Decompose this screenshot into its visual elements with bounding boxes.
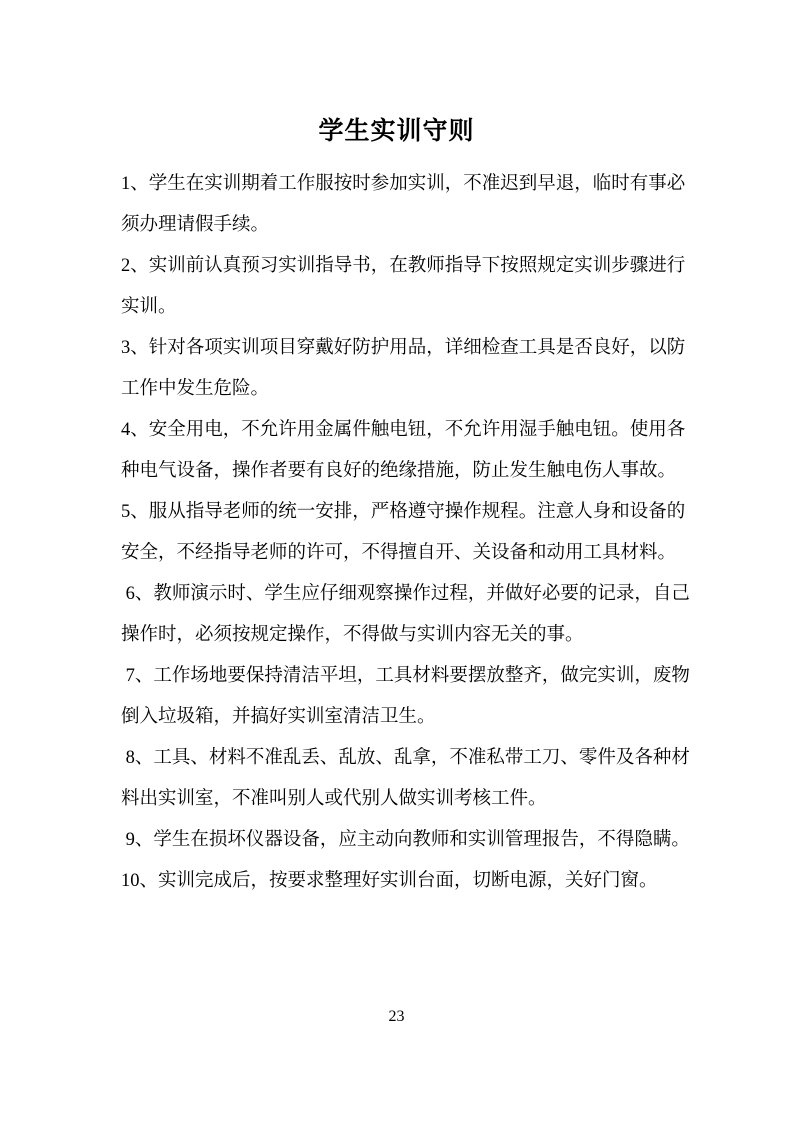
rule-5-line-1: 5、服从指导老师的统一安排，严格遵守操作规程。注意人身和设备的 — [121, 492, 701, 533]
rule-5-line-2: 安全，不经指导老师的许可，不得擅自开、关设备和动用工具材料。 — [121, 533, 701, 574]
document-title: 学生实训守则 — [0, 110, 793, 152]
rule-2-line-1: 2、实训前认真预习实训指导书，在教师指导下按照规定实训步骤进行 — [121, 246, 701, 287]
rule-8-line-2: 料出实训室，不准叫别人或代别人做实训考核工件。 — [121, 779, 701, 820]
document-page: 学生实训守则 1、学生在实训期着工作服按时参加实训，不准迟到早退，临时有事必须办… — [0, 0, 793, 1122]
rule-6-line-1: 6、教师演示时、学生应仔细观察操作过程，并做好必要的记录，自己 — [121, 574, 701, 615]
rule-7-line-1: 7、工作场地要保持清洁平坦，工具材料要摆放整齐，做完实训，废物 — [121, 656, 701, 697]
rule-9-line-1: 9、学生在损坏仪器设备，应主动向教师和实训管理报告，不得隐瞒。 — [121, 820, 701, 861]
rule-6-line-2: 操作时，必须按规定操作，不得做与实训内容无关的事。 — [121, 615, 701, 656]
rule-1-line-1: 1、学生在实训期着工作服按时参加实训，不准迟到早退，临时有事必 — [121, 164, 701, 205]
rules-list: 1、学生在实训期着工作服按时参加实训，不准迟到早退，临时有事必须办理请假手续。2… — [121, 164, 701, 902]
rule-1-line-2: 须办理请假手续。 — [121, 205, 701, 246]
rule-3-line-2: 工作中发生危险。 — [121, 369, 701, 410]
rule-3-line-1: 3、针对各项实训项目穿戴好防护用品，详细检查工具是否良好，以防 — [121, 328, 701, 369]
rule-10-line-1: 10、实训完成后，按要求整理好实训台面，切断电源，关好门窗。 — [121, 861, 701, 902]
rule-4-line-2: 种电气设备，操作者要有良好的绝缘措施，防止发生触电伤人事故。 — [121, 451, 701, 492]
rule-7-line-2: 倒入垃圾箱，并搞好实训室清洁卫生。 — [121, 697, 701, 738]
rule-4-line-1: 4、安全用电，不允许用金属件触电钮，不允许用湿手触电钮。使用各 — [121, 410, 701, 451]
rule-2-line-2: 实训。 — [121, 287, 701, 328]
page-number: 23 — [0, 1002, 793, 1032]
rule-8-line-1: 8、工具、材料不准乱丢、乱放、乱拿，不准私带工刀、零件及各种材 — [121, 738, 701, 779]
